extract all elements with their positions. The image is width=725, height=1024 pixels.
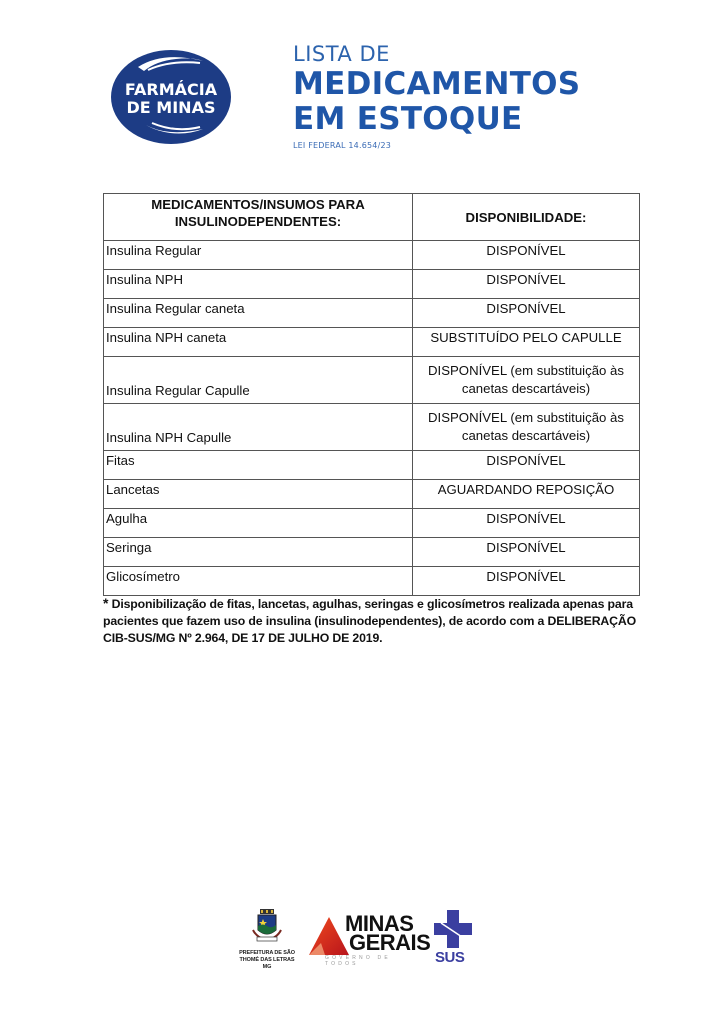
- item-name: Lancetas: [104, 480, 413, 509]
- table-row: Insulina NPH canetaSUBSTITUÍDO PELO CAPU…: [104, 328, 640, 357]
- availability-status: DISPONÍVEL: [413, 241, 640, 270]
- column-header-item: MEDICAMENTOS/INSUMOS PARA INSULINODEPEND…: [104, 194, 413, 241]
- title-line-1: LISTA DE: [293, 42, 580, 66]
- svg-text:DE MINAS: DE MINAS: [127, 98, 216, 117]
- item-name: Insulina Regular caneta: [104, 299, 413, 328]
- footnote-marker: *: [103, 595, 108, 611]
- minas-gerais-tagline: GOVERNO DE TODOS: [325, 955, 419, 967]
- item-name: Insulina NPH Capulle: [104, 404, 413, 451]
- table-row: Insulina Regular canetaDISPONÍVEL: [104, 299, 640, 328]
- medication-stock-table: MEDICAMENTOS/INSUMOS PARA INSULINODEPEND…: [103, 193, 640, 596]
- availability-status: AGUARDANDO REPOSIÇÃO: [413, 480, 640, 509]
- item-name: Insulina NPH caneta: [104, 328, 413, 357]
- table-row: SeringaDISPONÍVEL: [104, 538, 640, 567]
- svg-text:FARMÁCIA: FARMÁCIA: [125, 80, 218, 99]
- sus-label: SUS: [435, 949, 464, 966]
- prefeitura-logo: PREFEITURA DE SÃO THOMÉ DAS LETRAS MG: [237, 908, 297, 971]
- table-row: Insulina RegularDISPONÍVEL: [104, 241, 640, 270]
- table-header-row: MEDICAMENTOS/INSUMOS PARA INSULINODEPEND…: [104, 194, 640, 241]
- title-line-3: EM ESTOQUE: [293, 102, 580, 137]
- law-reference: LEI FEDERAL 14.654/23: [293, 141, 580, 150]
- item-name: Seringa: [104, 538, 413, 567]
- item-name: Glicosímetro: [104, 567, 413, 596]
- availability-status: DISPONÍVEL: [413, 299, 640, 328]
- availability-status: SUBSTITUÍDO PELO CAPULLE: [413, 328, 640, 357]
- sus-logo: SUS: [433, 909, 473, 967]
- item-name: Insulina Regular Capulle: [104, 357, 413, 404]
- availability-status: DISPONÍVEL: [413, 538, 640, 567]
- title-line-2: MEDICAMENTOS: [293, 67, 580, 102]
- table-row: FitasDISPONÍVEL: [104, 451, 640, 480]
- column-header-status: DISPONIBILIDADE:: [413, 194, 640, 241]
- table-row: Insulina NPHDISPONÍVEL: [104, 270, 640, 299]
- municipal-coat-of-arms-icon: [249, 908, 285, 944]
- availability-status: DISPONÍVEL: [413, 451, 640, 480]
- table-row: Insulina NPH CapulleDISPONÍVEL (em subst…: [104, 404, 640, 451]
- availability-status: DISPONÍVEL: [413, 567, 640, 596]
- footnote-text: Disponibilização de fitas, lancetas, agu…: [103, 597, 636, 645]
- prefeitura-line-2: THOMÉ DAS LETRAS MG: [237, 957, 297, 971]
- gerais-word: GERAIS: [349, 932, 430, 954]
- table-row: LancetasAGUARDANDO REPOSIÇÃO: [104, 480, 640, 509]
- availability-status: DISPONÍVEL (em substituição às canetas d…: [413, 357, 640, 404]
- item-name: Agulha: [104, 509, 413, 538]
- availability-status: DISPONÍVEL: [413, 509, 640, 538]
- table-row: GlicosímetroDISPONÍVEL: [104, 567, 640, 596]
- sus-cross-icon: [433, 909, 473, 949]
- table-row: Insulina Regular CapulleDISPONÍVEL (em s…: [104, 357, 640, 404]
- document-title: LISTA DE MEDICAMENTOS EM ESTOQUE LEI FED…: [293, 42, 580, 150]
- farmacia-logo-icon: FARMÁCIA DE MINAS: [108, 45, 234, 145]
- farmacia-de-minas-logo: FARMÁCIA DE MINAS: [108, 45, 234, 145]
- footnote: * Disponibilização de fitas, lancetas, a…: [103, 595, 643, 647]
- availability-status: DISPONÍVEL (em substituição às canetas d…: [413, 404, 640, 451]
- item-name: Fitas: [104, 451, 413, 480]
- minas-gerais-logo: MINAS GERAIS GOVERNO DE TODOS: [307, 913, 419, 968]
- table-body: Insulina RegularDISPONÍVELInsulina NPHDI…: [104, 241, 640, 596]
- item-name: Insulina Regular: [104, 241, 413, 270]
- prefeitura-line-1: PREFEITURA DE SÃO: [237, 950, 297, 957]
- table-row: AgulhaDISPONÍVEL: [104, 509, 640, 538]
- availability-status: DISPONÍVEL: [413, 270, 640, 299]
- item-name: Insulina NPH: [104, 270, 413, 299]
